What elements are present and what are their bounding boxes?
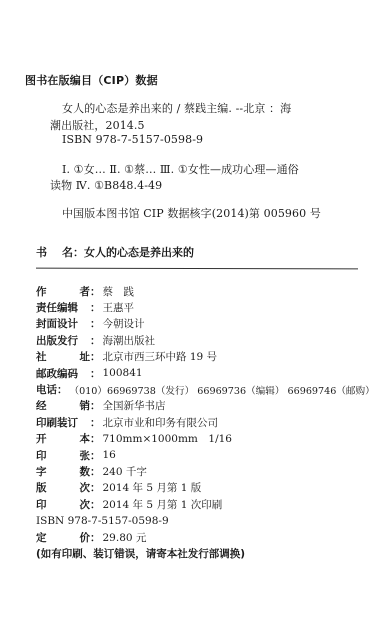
value-printer: 北京市业和印务有限公司 xyxy=(103,415,219,430)
colophon-row-edition: 版次：2014 年 5 月第 1 版 xyxy=(36,480,366,496)
key-author: 作者 xyxy=(36,284,90,299)
colon: ： xyxy=(90,448,101,463)
value-price: 29.80 元 xyxy=(103,530,147,545)
key-format: 开本 xyxy=(36,431,90,446)
colophon-row-isbn: ISBN 978-7-5157-0598-9 xyxy=(36,512,366,528)
colon: ： xyxy=(90,480,101,495)
colon: ： xyxy=(90,530,101,545)
colophon-row-printer: 印刷装订：北京市业和印务有限公司 xyxy=(36,414,366,430)
key-publisher: 出版发行 xyxy=(36,333,90,348)
colon: ： xyxy=(90,284,101,299)
value-cover-design: 今朝设计 xyxy=(103,316,145,331)
value-printing: 2014 年 5 月第 1 次印刷 xyxy=(103,497,223,512)
book-title-label-b: 名： xyxy=(62,246,84,259)
value-edition: 2014 年 5 月第 1 版 xyxy=(103,480,202,495)
colophon-row-printing: 印次：2014 年 5 月第 1 次印刷 xyxy=(36,496,366,512)
colophon-row-word-count: 字数：240 千字 xyxy=(36,463,366,479)
colophon-row-sheets: 印张：16 xyxy=(36,447,366,463)
colophon-list: 作者：蔡 践 责任编辑：王惠平 封面设计：今朝设计 出版发行：海潮出版社 社址：… xyxy=(36,283,366,562)
key-phone: 电话 xyxy=(36,382,57,397)
colon: ： xyxy=(90,497,101,512)
colon: ： xyxy=(90,398,101,413)
colophon-row-phone: 电话：（010）66969738（发行） 66969736（编辑） 669697… xyxy=(36,381,366,397)
colophon-row-cover-design: 封面设计：今朝设计 xyxy=(36,316,366,332)
cip-heading: 图书在版编目（CIP）数据 xyxy=(25,72,158,88)
colophon-row-editor: 责任编辑：王惠平 xyxy=(36,299,366,315)
key-distributor: 经销 xyxy=(36,398,90,413)
value-distributor: 全国新华书店 xyxy=(103,398,166,413)
value-phone: （010）66969738（发行） 66969736（编辑） 66969746（… xyxy=(70,383,375,397)
key-printing: 印次 xyxy=(36,497,90,512)
colophon-row-distributor: 经销：全国新华书店 xyxy=(36,398,366,414)
book-title-label-a: 书 xyxy=(36,244,62,260)
misprint-notice: (如有印刷、装订错误，请寄本社发行部调换) xyxy=(36,545,366,561)
separator-rule xyxy=(36,268,358,270)
book-title-value: 女人的心态是养出来的 xyxy=(84,246,194,259)
key-sheets: 印张 xyxy=(36,448,90,463)
book-title-row: 书名：女人的心态是养出来的 xyxy=(36,244,194,260)
colon: ： xyxy=(90,349,101,364)
key-printer: 印刷装订 xyxy=(36,415,90,430)
key-postcode: 邮政编码 xyxy=(36,366,90,381)
cip-line-record-number: 中国版本图书馆 CIP 数据核字(2014)第 005960 号 xyxy=(62,205,321,221)
key-address: 社址 xyxy=(36,349,90,364)
cip-line-classification-cont: 读物 Ⅳ. ①B848.4-49 xyxy=(50,177,162,193)
cip-line-isbn: ISBN 978-7-5157-0598-9 xyxy=(62,133,203,146)
key-price: 定价 xyxy=(36,530,90,545)
key-cover-design: 封面设计 xyxy=(36,316,90,331)
colophon-row-publisher: 出版发行：海潮出版社 xyxy=(36,332,366,348)
value-format: 710mm×1000mm 1/16 xyxy=(103,431,232,446)
colophon-row-format: 开本：710mm×1000mm 1/16 xyxy=(36,431,366,447)
colophon-row-address: 社址：北京市西三环中路 19 号 xyxy=(36,349,366,365)
colon: ： xyxy=(90,366,101,381)
colon: ： xyxy=(90,431,101,446)
colon: ： xyxy=(90,333,101,348)
key-word-count: 字数 xyxy=(36,464,90,479)
value-word-count: 240 千字 xyxy=(103,464,147,479)
colon: ： xyxy=(90,316,101,331)
value-sheets: 16 xyxy=(103,449,116,461)
colon: ： xyxy=(90,415,101,430)
colon: ： xyxy=(90,464,101,479)
key-edition: 版次 xyxy=(36,480,90,495)
colon: ： xyxy=(90,300,101,315)
colophon-row-author: 作者：蔡 践 xyxy=(36,283,366,299)
value-address: 北京市西三环中路 19 号 xyxy=(103,349,218,364)
colophon-row-postcode: 邮政编码：100841 xyxy=(36,365,366,381)
cip-line-title: 女人的心态是养出来的 / 蔡践主编. --北京 ：海 xyxy=(62,100,291,116)
value-postcode: 100841 xyxy=(103,367,143,379)
colon: ： xyxy=(57,382,68,397)
colophon-row-price: 定价：29.80 元 xyxy=(36,529,366,545)
key-editor: 责任编辑 xyxy=(36,300,90,315)
cip-line-publisher: 潮出版社，2014.5 xyxy=(50,117,145,133)
value-author: 蔡 践 xyxy=(103,284,135,299)
value-publisher: 海潮出版社 xyxy=(103,333,156,348)
cip-line-classification: Ⅰ. ①女… Ⅱ. ①蔡… Ⅲ. ①女性—成功心理—通俗 xyxy=(62,161,299,177)
value-editor: 王惠平 xyxy=(103,300,135,315)
